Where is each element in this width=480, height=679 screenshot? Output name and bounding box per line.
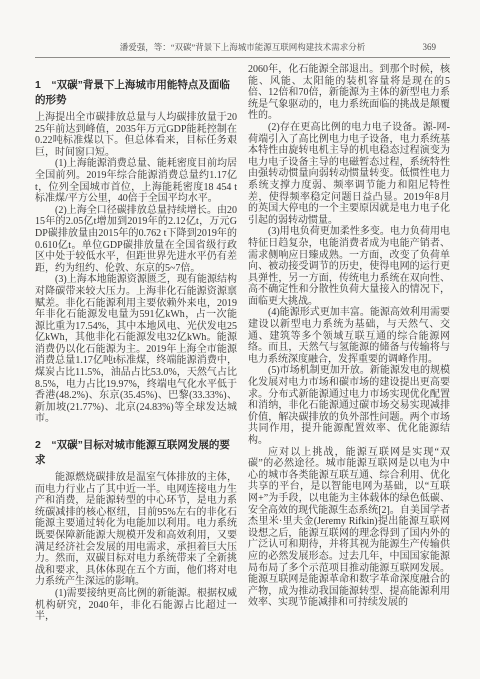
paragraph: 应对以上挑战，能源互联网是实现“双碳”的必然途径。城市能源互联网是以电为中心的城… <box>248 447 450 609</box>
running-header-title: 潘爱强，等：“双碳”背景下上海城市能源互联网构建技术需求分析 <box>120 42 366 52</box>
paragraph: 2060年，化石能源全部退出。到那个时候，核能、风能、太阳能的装机容量将是现在的… <box>248 64 450 122</box>
paragraph: (1)上海能源消费总量、能耗密度目前均居全国前列。2019年综合能源消费总量约1… <box>35 158 237 204</box>
paragraph: 上海提出全市碳排放总量与人均碳排放量于2025年前达到峰值，2035年万元GDP… <box>35 112 237 158</box>
paragraph: (2)上海全口径碳排放总量持续增长。由2015年的2.05亿t增加到2019年的… <box>35 205 237 275</box>
paragraph: (5)市场机制更加开放。新能源发电的规模化发展对电力市场和碳市场的建设提出更高要… <box>248 365 450 446</box>
paragraph: (3)上海本地能源资源匮乏，现有能源结构对降碳带来较大压力。上海非化石能源资源禀… <box>35 274 237 425</box>
paragraph: (2)存在更高比例的电力电子设备。源-网-荷端引入了高比例电力电子设备，电力系统… <box>248 122 450 226</box>
section-2-heading: 2 “双碳”目标对城市能源互联网发展的要求 <box>35 438 237 467</box>
right-column: 2060年，化石能源全部退出。到那个时候，核能、风能、太阳能的装机容量将是现在的… <box>248 64 450 623</box>
paragraph: (3)用电负荷更加柔性多变。电力负荷用电特征日趋复杂，电能消费者成为电能产销者、… <box>248 226 450 307</box>
two-column-body: 1 “双碳”背景下上海城市用能特点及面临的形势 上海提出全市碳排放总量与人均碳排… <box>35 64 450 623</box>
header-rule <box>35 57 450 58</box>
paragraph: (1)需要接纳更高比例的新能源。根据权威机构研究，2040年，非化石能源占比超过… <box>35 588 237 623</box>
paper-page: 潘爱强，等：“双碳”背景下上海城市能源互联网构建技术需求分析 369 1 “双碳… <box>0 0 480 679</box>
page-number: 369 <box>423 41 437 54</box>
left-column: 1 “双碳”背景下上海城市用能特点及面临的形势 上海提出全市碳排放总量与人均碳排… <box>35 64 237 623</box>
paragraph: (4)能源形式更加丰富。能源高效利用需要建设以新型电力系统为基础，与天然气、交通… <box>248 307 450 365</box>
paragraph: 能源燃烧碳排放是温室气体排放的主体，而电力行业占了其中近一半。电网连接电力生产和… <box>35 472 237 588</box>
running-header: 潘爱强，等：“双碳”背景下上海城市能源互联网构建技术需求分析 369 <box>35 41 450 54</box>
section-1-heading: 1 “双碳”背景下上海城市用能特点及面临的形势 <box>35 78 237 107</box>
